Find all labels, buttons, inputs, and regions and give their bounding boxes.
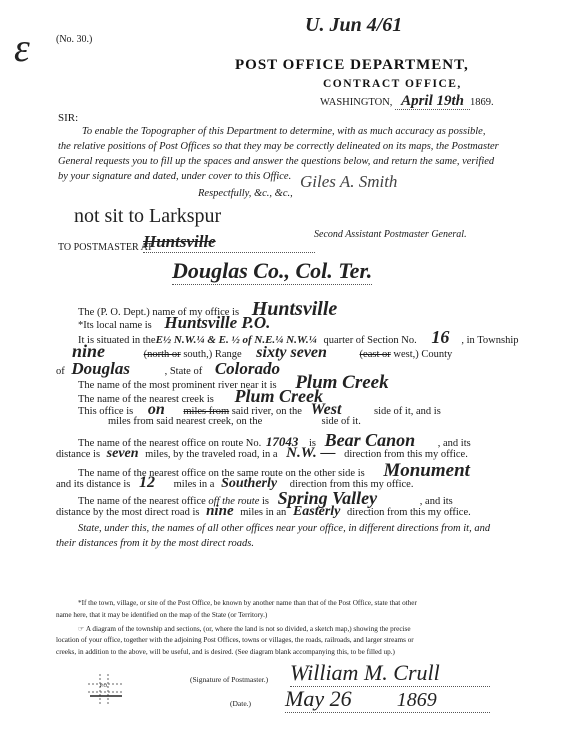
footnote-1-line-1: *If the town, village, or site of the Po… <box>78 599 417 607</box>
letter-line-4: by your signature and dated, under cover… <box>58 171 291 182</box>
diagram-po-label: P.O. <box>100 684 108 689</box>
direct-distance-row: distance by the most direct road is nine… <box>56 503 471 520</box>
state-under-line-2: their distances from it by the most dire… <box>56 538 254 549</box>
signature-label: (Signature of Postmaster.) <box>190 675 268 684</box>
department-title: POST OFFICE DEPARTMENT, <box>235 57 469 74</box>
east-struck: (east or <box>360 349 391 360</box>
contract-office-title: CONTRACT OFFICE, <box>323 78 462 90</box>
county-label: of <box>56 366 65 377</box>
direct-distance-field[interactable]: nine <box>206 503 234 519</box>
official-signature: Giles A. Smith <box>300 172 397 192</box>
signature-date-year: 1869 <box>397 689 437 711</box>
letter-line-1: To enable the Topographer of this Depart… <box>82 126 485 137</box>
township-diagram-icon: P.O. <box>88 674 124 706</box>
top-annotation: U. Jun 4/61 <box>305 14 402 37</box>
distance-label: distance is <box>56 449 100 460</box>
addressee-office-field[interactable]: Huntsville <box>143 232 315 253</box>
township-label: , in Township <box>461 335 518 346</box>
dateline: WASHINGTON, April 19th1869. <box>320 93 494 110</box>
date-field[interactable]: April 19th <box>395 93 470 110</box>
west-county-label: west,) County <box>393 349 452 360</box>
direct-suffix: direction from this my office. <box>347 507 471 518</box>
township-field[interactable]: nine <box>72 341 105 361</box>
signature-date-field[interactable]: May 26 1869 <box>285 686 490 713</box>
margin-annotation: not sit to Larkspur <box>74 205 221 228</box>
addressee-label: TO POSTMASTER AT <box>58 242 153 253</box>
footnote-2-line-1: ☞ A diagram of the township and sections… <box>78 624 411 633</box>
signature-date-value: May 26 <box>285 686 352 711</box>
direct-distance-label: distance by the most direct road is <box>56 507 199 518</box>
creek-position-row: miles from said nearest creek, on the si… <box>108 416 361 427</box>
route-direction-field[interactable]: N.W. — <box>286 445 335 461</box>
letter-line-3: General requests you to fill up the spac… <box>58 156 494 167</box>
place-label: WASHINGTON, <box>320 97 392 108</box>
date-label: (Date.) <box>230 699 251 708</box>
postmaster-signature-field[interactable]: William M. Crull <box>290 660 490 687</box>
footnote-2-line-3: creeks, in addition to the above, will b… <box>56 648 395 656</box>
direct-mid: miles in an <box>240 507 286 518</box>
year-suffix: . <box>491 97 494 108</box>
letter-line-2: the relative positions of Post Offices s… <box>58 141 499 152</box>
closing: Respectfully, &c., &c., <box>198 188 293 199</box>
route-distance-field[interactable]: seven <box>107 446 139 461</box>
signer-title: Second Assistant Postmaster General. <box>314 229 467 240</box>
direction-suffix: direction from this my office. <box>344 449 468 460</box>
distance-mid: miles, by the traveled road, in a <box>145 449 277 460</box>
creek-miles-label: miles from said nearest creek, on the <box>108 416 262 427</box>
direct-direction-field[interactable]: Easterly <box>293 504 340 519</box>
footnote-1-line-2: name here, that it may be identified on … <box>56 611 267 619</box>
form-number: (No. 30.) <box>56 34 92 45</box>
addressee-county-field[interactable]: Douglas Co., Col. Ter. <box>172 258 372 285</box>
margin-mark: ε <box>14 24 30 71</box>
footnote-2-line-2: location of your office, together with t… <box>56 636 414 644</box>
side-suffix: side of it, and is <box>374 406 441 417</box>
salutation: SIR: <box>58 112 78 124</box>
year-printed: 1869 <box>470 97 491 108</box>
creek-side-suffix: side of it. <box>321 416 360 427</box>
state-under-line-1: State, under this, the names of all othe… <box>78 523 490 534</box>
